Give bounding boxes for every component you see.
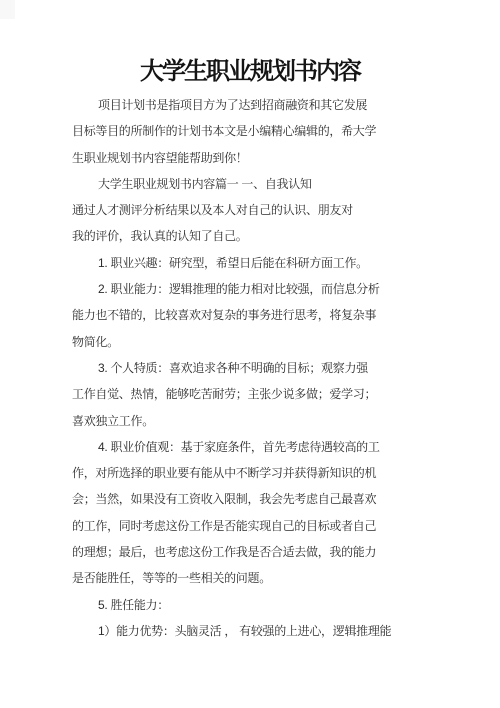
document-body: 项目计划书是指项目方为了达到招商融资和其它发展目标等目的所制作的计划书本文是小编… xyxy=(72,92,432,644)
text-line: 1）能力优势：头脑灵活 ， 有较强的上进心，逻辑推理能 xyxy=(72,618,432,644)
document-title: 大学生职业规划书内容 xyxy=(0,56,500,88)
text-line: 物简化。 xyxy=(72,329,432,355)
text-line: 的理想；最后，也考虑这份工作我是否合适去做，我的能力 xyxy=(72,539,432,565)
text-line: 通过人才测评分析结果以及本人对自己的认识、朋友对 xyxy=(72,197,432,223)
text-line: 我的评价，我认真的认知了自己。 xyxy=(72,223,432,249)
text-line: 5. 胜任能力： xyxy=(72,592,432,618)
text-line: 是否能胜任，等等的一些相关的问题。 xyxy=(72,565,432,591)
text-line: 生职业规划书内容望能帮助到你！ xyxy=(72,145,432,171)
text-line: 喜欢独立工作。 xyxy=(72,408,432,434)
text-line: 2. 职业能力：逻辑推理的能力相对比较强，而信息分析 xyxy=(72,276,432,302)
text-line: 3. 个人特质：喜欢追求各种不明确的目标；观察力强 xyxy=(72,355,432,381)
document-page: 大学生职业规划书内容 项目计划书是指项目方为了达到招商融资和其它发展目标等目的所… xyxy=(0,0,500,708)
text-line: 1. 职业兴趣：研究型，希望日后能在科研方面工作。 xyxy=(72,250,432,276)
text-line: 目标等目的所制作的计划书本文是小编精心编辑的，希大学 xyxy=(72,118,432,144)
text-line: 项目计划书是指项目方为了达到招商融资和其它发展 xyxy=(72,92,432,118)
text-line: 大学生职业规划书内容篇一 一、自我认知 xyxy=(72,171,432,197)
text-line: 能力也不错的，比较喜欢对复杂的事务进行思考，将复杂事 xyxy=(72,302,432,328)
text-line: 会；当然，如果没有工资收入限制，我会先考虑自己最喜欢 xyxy=(72,486,432,512)
text-line: 工作自觉、热情，能够吃苦耐劳；主张少说多做；爱学习； xyxy=(72,381,432,407)
text-line: 的工作，同时考虑这份工作是否能实现自己的目标或者自己 xyxy=(72,513,432,539)
corner-artifact xyxy=(0,0,15,19)
text-line: 作，对所选择的职业要有能从中不断学习并获得新知识的机 xyxy=(72,460,432,486)
text-line: 4. 职业价值观：基于家庭条件，首先考虑待遇较高的工 xyxy=(72,434,432,460)
